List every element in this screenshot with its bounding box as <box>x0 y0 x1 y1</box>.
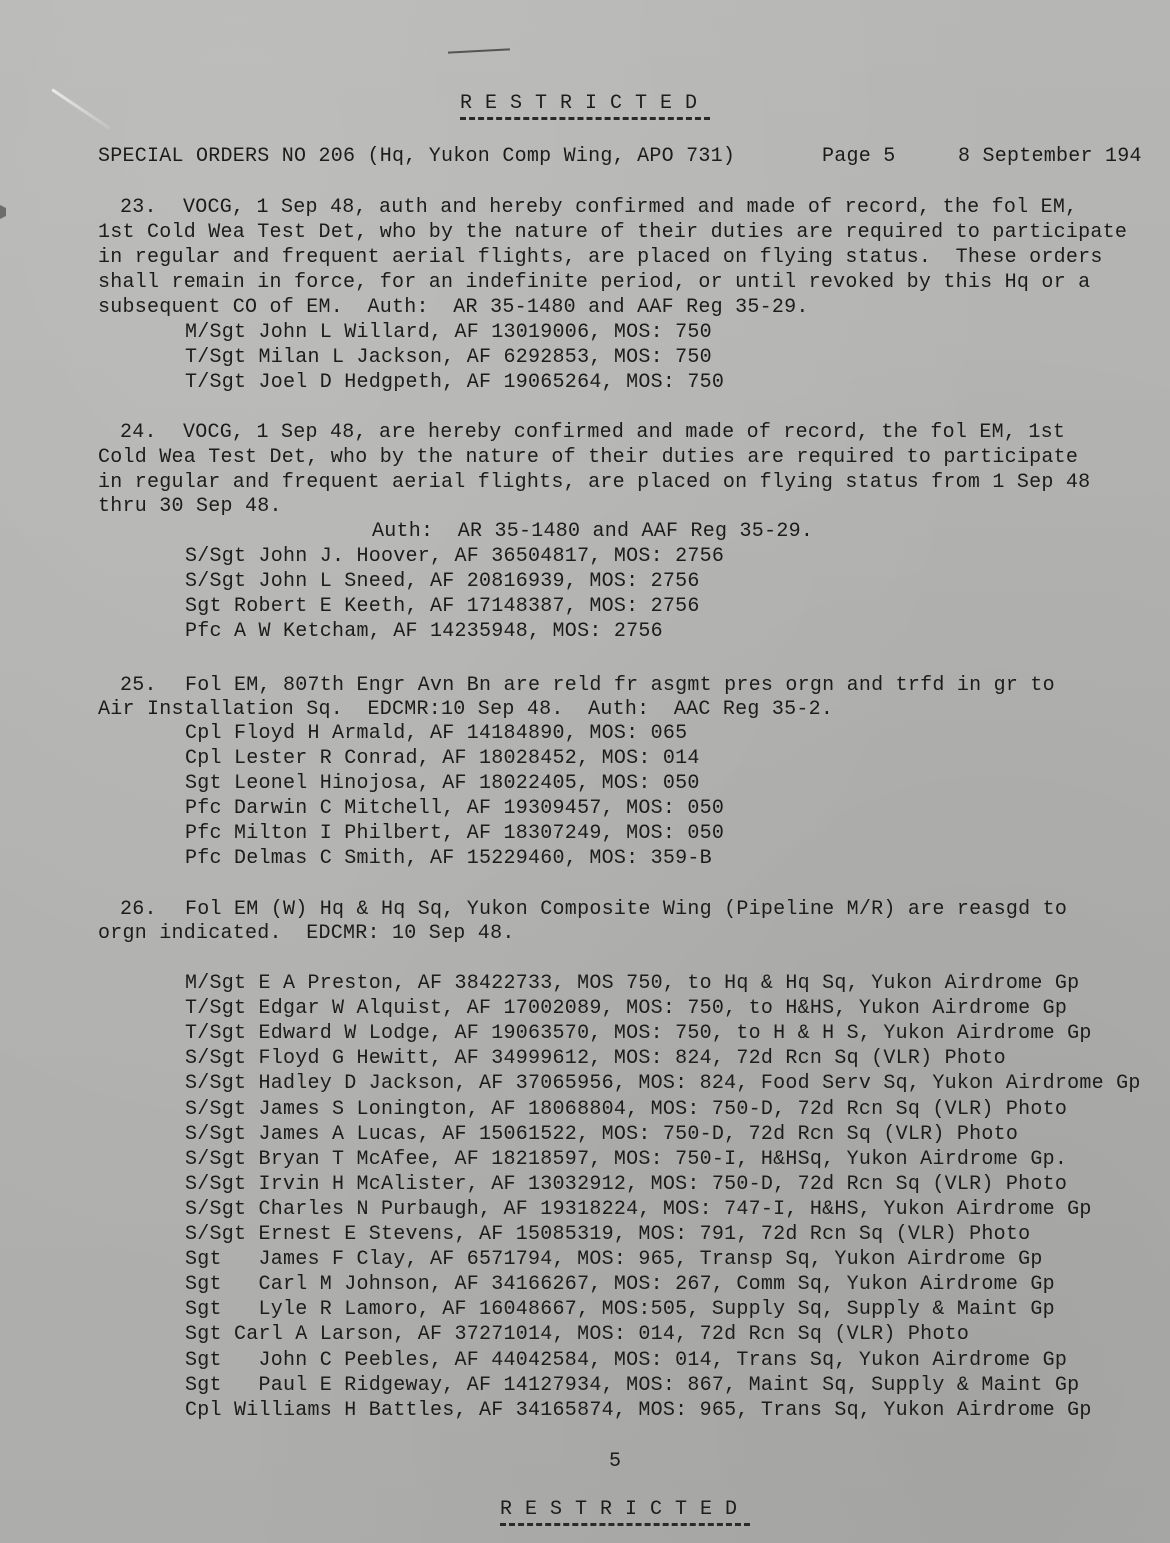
personnel-entry: S/Sgt James A Lucas, AF 15061522, MOS: 7… <box>185 1122 1018 1147</box>
paragraph-auth: Auth: AR 35-1480 and AAF Reg 35-29. <box>372 519 813 544</box>
personnel-entry: Pfc Milton I Philbert, AF 18307249, MOS:… <box>185 821 724 846</box>
personnel-entry: Sgt John C Peebles, AF 44042584, MOS: 01… <box>185 1348 1067 1373</box>
paragraph-text-line: 1st Cold Wea Test Det, who by the nature… <box>98 220 1127 245</box>
personnel-entry: Pfc A W Ketcham, AF 14235948, MOS: 2756 <box>185 619 663 644</box>
page-label: Page 5 <box>822 144 896 169</box>
classification-footer: RESTRICTED <box>0 1498 1170 1526</box>
personnel-entry: Cpl Lester R Conrad, AF 18028452, MOS: 0… <box>185 746 700 771</box>
paragraph-number: 26. <box>120 897 157 922</box>
personnel-entry: S/Sgt Ernest E Stevens, AF 15085319, MOS… <box>185 1222 1030 1247</box>
order-title: SPECIAL ORDERS NO 206 (Hq, Yukon Comp Wi… <box>98 144 735 169</box>
classification-label: RESTRICTED <box>500 1498 750 1526</box>
personnel-entry: S/Sgt John J. Hoover, AF 36504817, MOS: … <box>185 544 724 569</box>
paragraph-text-line: Cold Wea Test Det, who by the nature of … <box>98 445 1078 470</box>
personnel-entry: T/Sgt Milan L Jackson, AF 6292853, MOS: … <box>185 345 712 370</box>
personnel-entry: S/Sgt John L Sneed, AF 20816939, MOS: 27… <box>185 569 700 594</box>
personnel-entry: Pfc Darwin C Mitchell, AF 19309457, MOS:… <box>185 796 724 821</box>
personnel-entry: T/Sgt Joel D Hedgpeth, AF 19065264, MOS:… <box>185 370 724 395</box>
personnel-entry: S/Sgt James S Lonington, AF 18068804, MO… <box>185 1097 1067 1122</box>
paragraph-number: 25. <box>120 673 157 698</box>
personnel-entry: Sgt Carl M Johnson, AF 34166267, MOS: 26… <box>185 1272 1055 1297</box>
paragraph-number: 24. <box>120 420 157 445</box>
personnel-entry: Sgt Robert E Keeth, AF 17148387, MOS: 27… <box>185 594 700 619</box>
personnel-entry: Sgt Paul E Ridgeway, AF 14127934, MOS: 8… <box>185 1373 1079 1398</box>
personnel-entry: Sgt Leonel Hinojosa, AF 18022405, MOS: 0… <box>185 771 700 796</box>
paragraph-text-line: thru 30 Sep 48. <box>98 494 282 519</box>
personnel-entry: T/Sgt Edgar W Alquist, AF 17002089, MOS:… <box>185 996 1067 1021</box>
classification-header: RESTRICTED <box>0 92 1170 120</box>
personnel-entry: S/Sgt Bryan T McAfee, AF 18218597, MOS: … <box>185 1147 1067 1172</box>
personnel-entry: S/Sgt Charles N Purbaugh, AF 19318224, M… <box>185 1197 1092 1222</box>
paragraph-text-line: in regular and frequent aerial flights, … <box>98 245 1103 270</box>
document-date: 8 September 194 <box>958 144 1142 169</box>
paragraph-text-line: orgn indicated. EDCMR: 10 Sep 48. <box>98 921 515 946</box>
paragraph-text-line: VOCG, 1 Sep 48, are hereby confirmed and… <box>183 420 1065 445</box>
personnel-entry: T/Sgt Edward W Lodge, AF 19063570, MOS: … <box>185 1021 1092 1046</box>
paragraph-text-line: shall remain in force, for an indefinite… <box>98 270 1090 295</box>
paragraph-number: 23. <box>120 195 157 220</box>
paragraph-text-line: subsequent CO of EM. Auth: AR 35-1480 an… <box>98 295 809 320</box>
personnel-entry: Sgt James F Clay, AF 6571794, MOS: 965, … <box>185 1247 1043 1272</box>
paragraph-text-line: Fol EM, 807th Engr Avn Bn are reld fr as… <box>185 673 1055 698</box>
paragraph-text-line: in regular and frequent aerial flights, … <box>98 470 1090 495</box>
personnel-entry: S/Sgt Hadley D Jackson, AF 37065956, MOS… <box>185 1071 1141 1096</box>
personnel-entry: Pfc Delmas C Smith, AF 15229460, MOS: 35… <box>185 846 712 871</box>
personnel-entry: Cpl Floyd H Armald, AF 14184890, MOS: 06… <box>185 721 687 746</box>
paragraph-text-line: Air Installation Sq. EDCMR:10 Sep 48. Au… <box>98 697 833 722</box>
personnel-entry: S/Sgt Floyd G Hewitt, AF 34999612, MOS: … <box>185 1046 1006 1071</box>
margin-punch-mark <box>0 205 20 219</box>
page-number: 5 <box>0 1450 1170 1473</box>
personnel-entry: S/Sgt Irvin H McAlister, AF 13032912, MO… <box>185 1172 1067 1197</box>
classification-label: RESTRICTED <box>460 92 710 120</box>
personnel-entry: Sgt Carl A Larson, AF 37271014, MOS: 014… <box>185 1322 969 1347</box>
personnel-entry: Cpl Williams H Battles, AF 34165874, MOS… <box>185 1398 1092 1423</box>
paragraph-text-line: VOCG, 1 Sep 48, auth and hereby confirme… <box>183 195 1077 220</box>
personnel-entry: M/Sgt John L Willard, AF 13019006, MOS: … <box>185 320 712 345</box>
paragraph-text-line: Fol EM (W) Hq & Hq Sq, Yukon Composite W… <box>185 897 1067 922</box>
personnel-entry: M/Sgt E A Preston, AF 38422733, MOS 750,… <box>185 971 1079 996</box>
personnel-entry: Sgt Lyle R Lamoro, AF 16048667, MOS:505,… <box>185 1297 1055 1322</box>
